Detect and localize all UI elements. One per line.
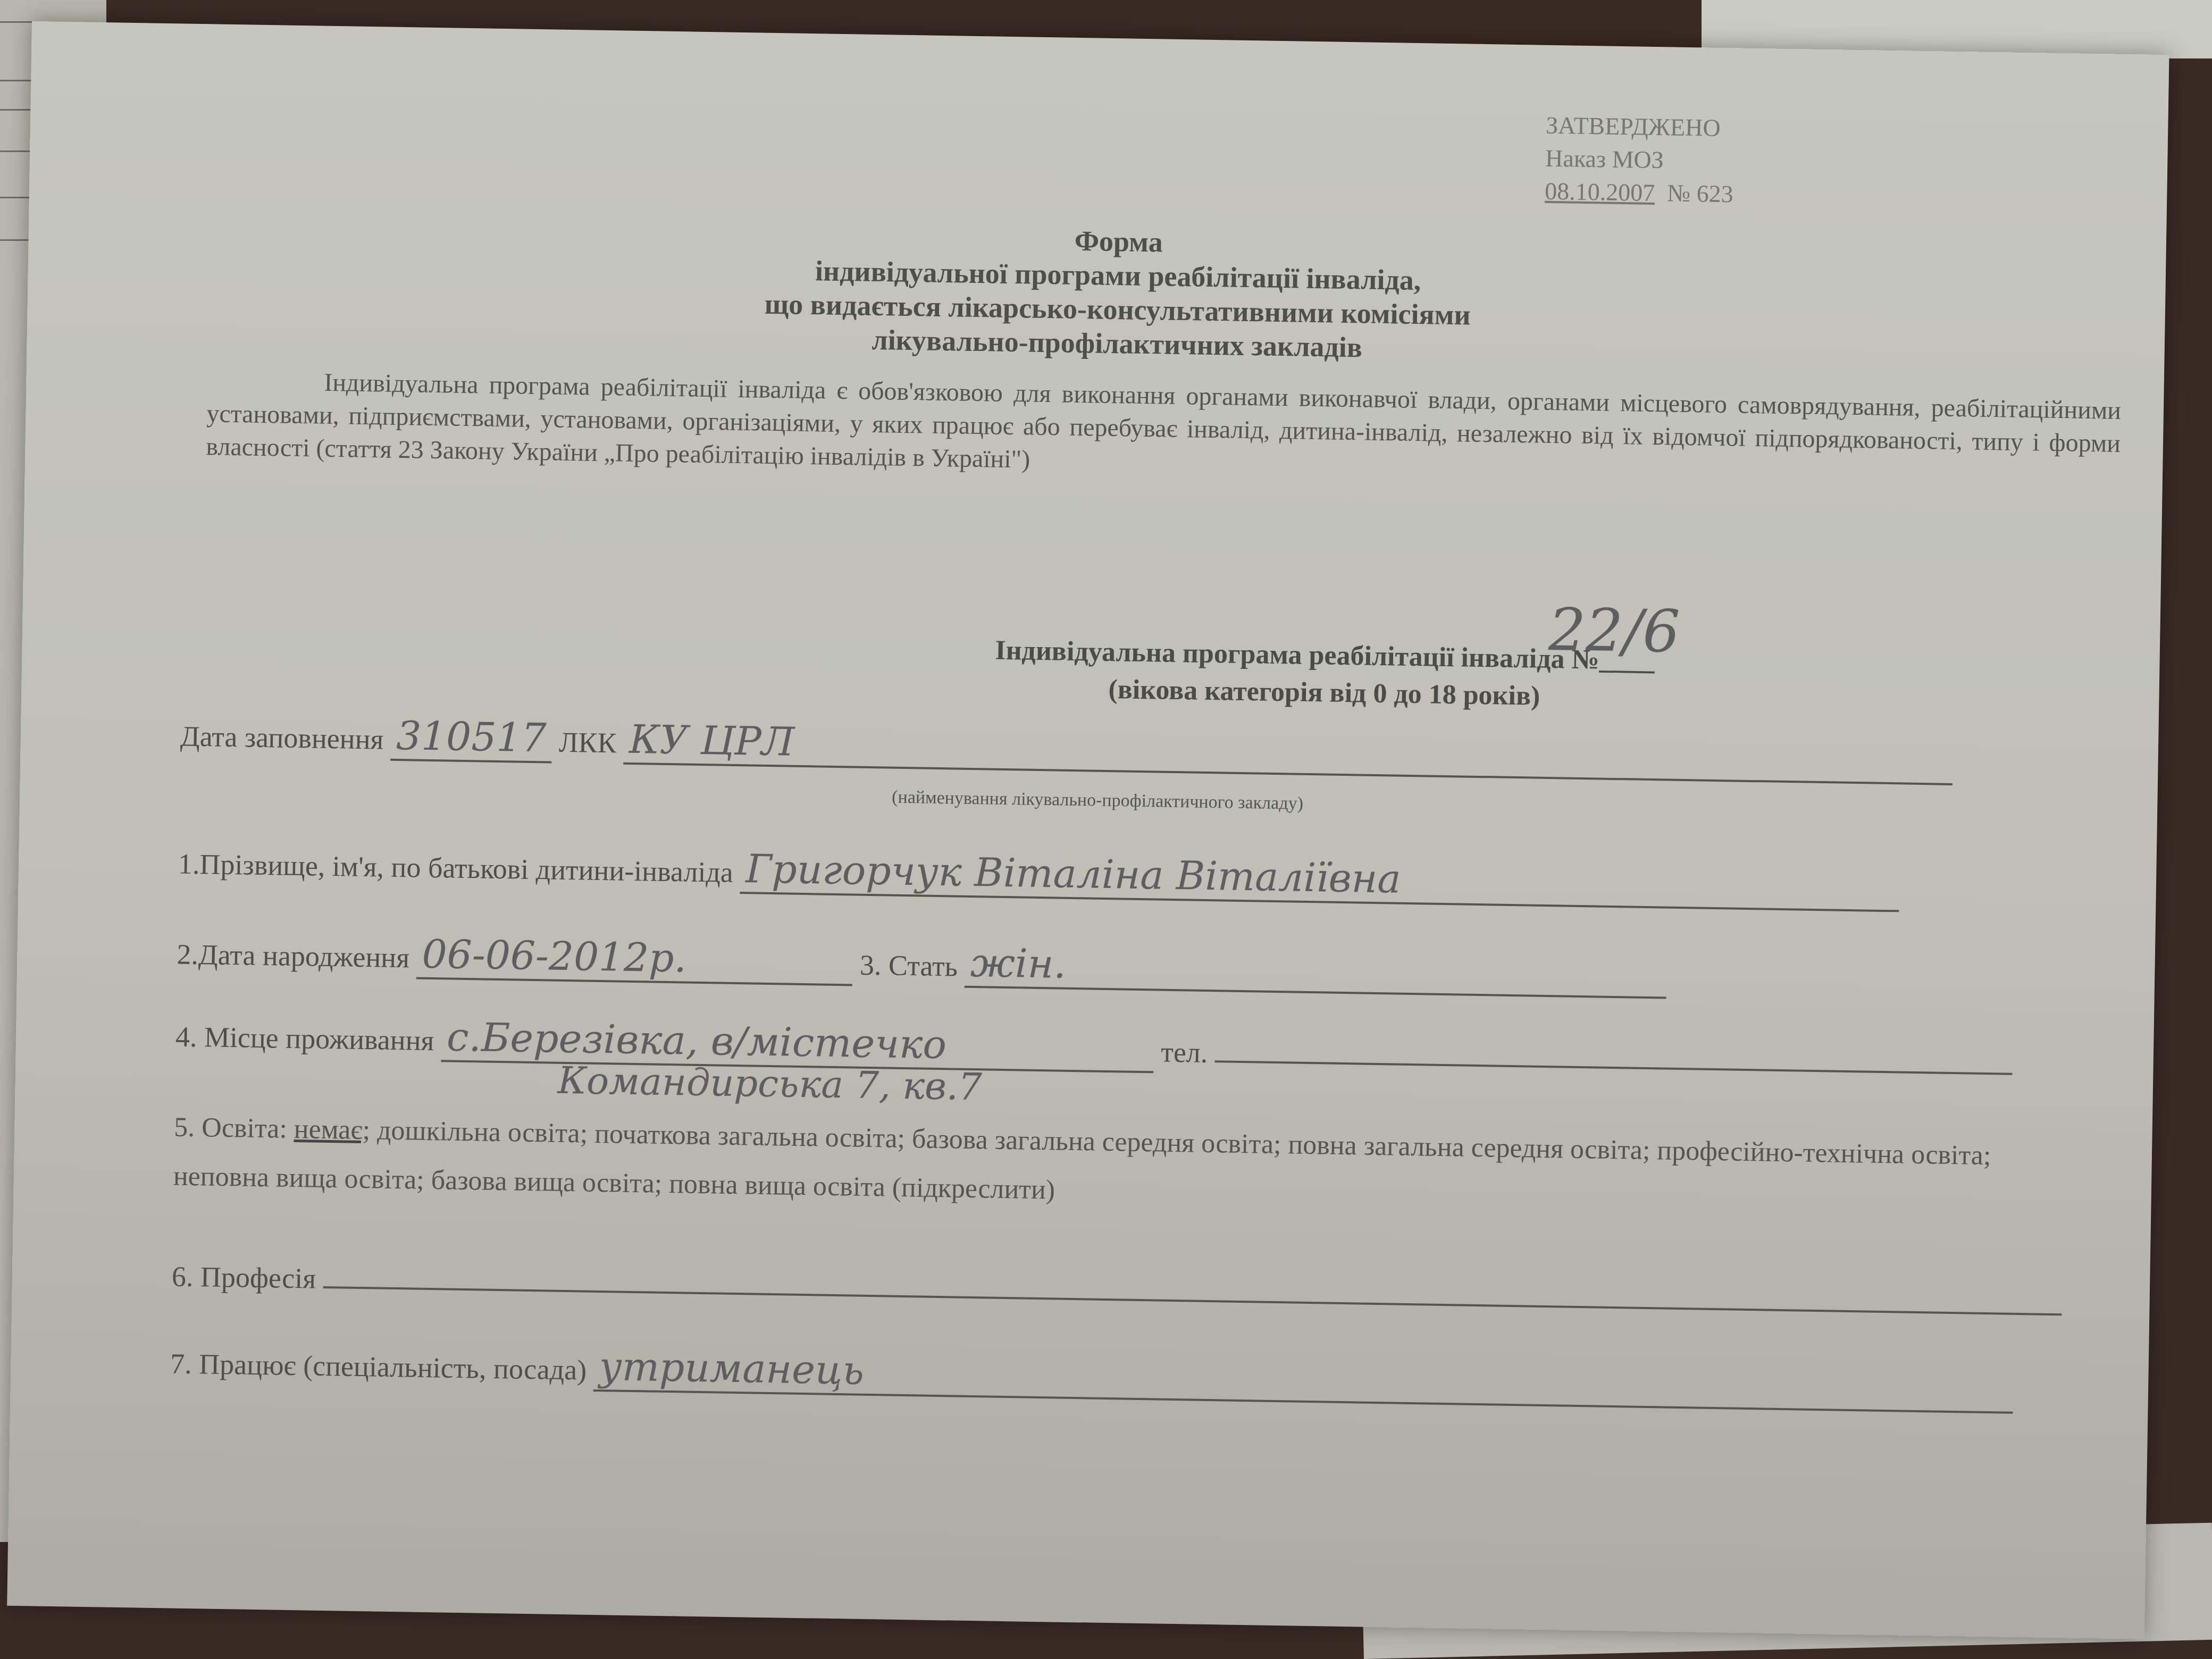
intro-paragraph: Індивідуальна програма реабілітації інва…: [206, 364, 2121, 493]
education-option-incomplete-higher[interactable]: неповна вища освіта;: [173, 1161, 424, 1195]
education-option-basic-secondary[interactable]: базова загальна середня освіта;: [912, 1124, 1281, 1160]
approval-number: № 623: [1667, 179, 1733, 207]
birth-date-label: 2.Дата народження: [177, 939, 410, 974]
education-label: 5. Освіта:: [174, 1112, 287, 1144]
education-instruction: (підкреслити): [892, 1172, 1055, 1205]
name-label: 1.Прізвище, ім'я, по батькові дитини-інв…: [178, 848, 734, 889]
program-title-text: Індивідуальна програма реабілітації інва…: [995, 635, 1599, 675]
form-sheet: ЗАТВЕРДЖЕНО Наказ МОЗ 08.10.2007 № 623 Ф…: [7, 21, 2169, 1639]
fill-date-label: Дата заповнення: [180, 720, 384, 756]
approval-date: 08.10.2007: [1545, 178, 1655, 206]
program-number[interactable]: 22/6: [1548, 596, 1680, 666]
work-row: 7. Працює (спеціальність, посада) утрима…: [170, 1337, 2014, 1413]
education-option-basic-higher[interactable]: базова вища освіта;: [431, 1165, 662, 1199]
approval-stamp: ЗАТВЕРДЖЕНО Наказ МОЗ 08.10.2007 № 623: [1545, 109, 1735, 211]
name-row: 1.Прізвище, ім'я, по батькові дитини-інв…: [178, 837, 1900, 912]
profession-label: 6. Професія: [171, 1260, 316, 1294]
lkk-caption: (найменування лікувально-профілактичного…: [892, 787, 1303, 814]
work-field[interactable]: утриманець: [593, 1344, 2014, 1414]
profession-field[interactable]: [323, 1249, 2062, 1316]
form-title: Форма індивідуальної програми реабілітац…: [665, 217, 1571, 368]
intro-text: Індивідуальна програма реабілітації інва…: [206, 368, 2121, 474]
approval-title: ЗАТВЕРДЖЕНО: [1546, 109, 1735, 145]
profession-row: 6. Професія: [171, 1246, 2062, 1322]
lkk-label: ЛКК: [558, 726, 617, 759]
birth-sex-row: 2.Дата народження 06-06-2012р. 3. Стать …: [177, 928, 1668, 999]
fill-date-row: Дата заповнення 310517 ЛКК КУ ЦРЛ: [180, 710, 1953, 785]
fill-date-field[interactable]: 310517: [390, 713, 552, 764]
birth-date-field[interactable]: 06-06-2012р.: [416, 932, 853, 986]
education-option-primary[interactable]: початкова загальна освіта;: [594, 1119, 906, 1154]
approval-order: Наказ МОЗ: [1545, 142, 1734, 178]
education-option-full-higher[interactable]: повна вища освіта: [669, 1169, 885, 1202]
name-field[interactable]: Григорчук Віталіна Віталіївна: [740, 846, 1900, 912]
education-option-none[interactable]: немає;: [294, 1114, 370, 1145]
phone-field[interactable]: [1215, 1060, 2013, 1075]
sex-label: 3. Стать: [859, 949, 958, 983]
residence-row: 4. Місце проживання с.Березівка, в/місте…: [175, 1010, 2013, 1086]
work-label: 7. Працює (спеціальність, посада): [170, 1347, 587, 1386]
education-option-vocational[interactable]: професійно-технічна освіта;: [1657, 1135, 1991, 1171]
education-option-full-secondary[interactable]: повна загальна середня освіта;: [1288, 1129, 1650, 1166]
education-row: 5. Освіта: немає; дошкільна освіта; поча…: [173, 1103, 2008, 1229]
sex-field[interactable]: жін.: [965, 940, 1667, 999]
education-option-preschool[interactable]: дошкільна освіта;: [377, 1115, 588, 1149]
lkk-field[interactable]: КУ ЦРЛ: [623, 717, 1953, 785]
residence-label: 4. Місце проживання: [175, 1020, 434, 1057]
residence-field-line2[interactable]: Командирська 7, кв.7: [557, 1059, 982, 1109]
phone-label: тел.: [1161, 1036, 1208, 1069]
